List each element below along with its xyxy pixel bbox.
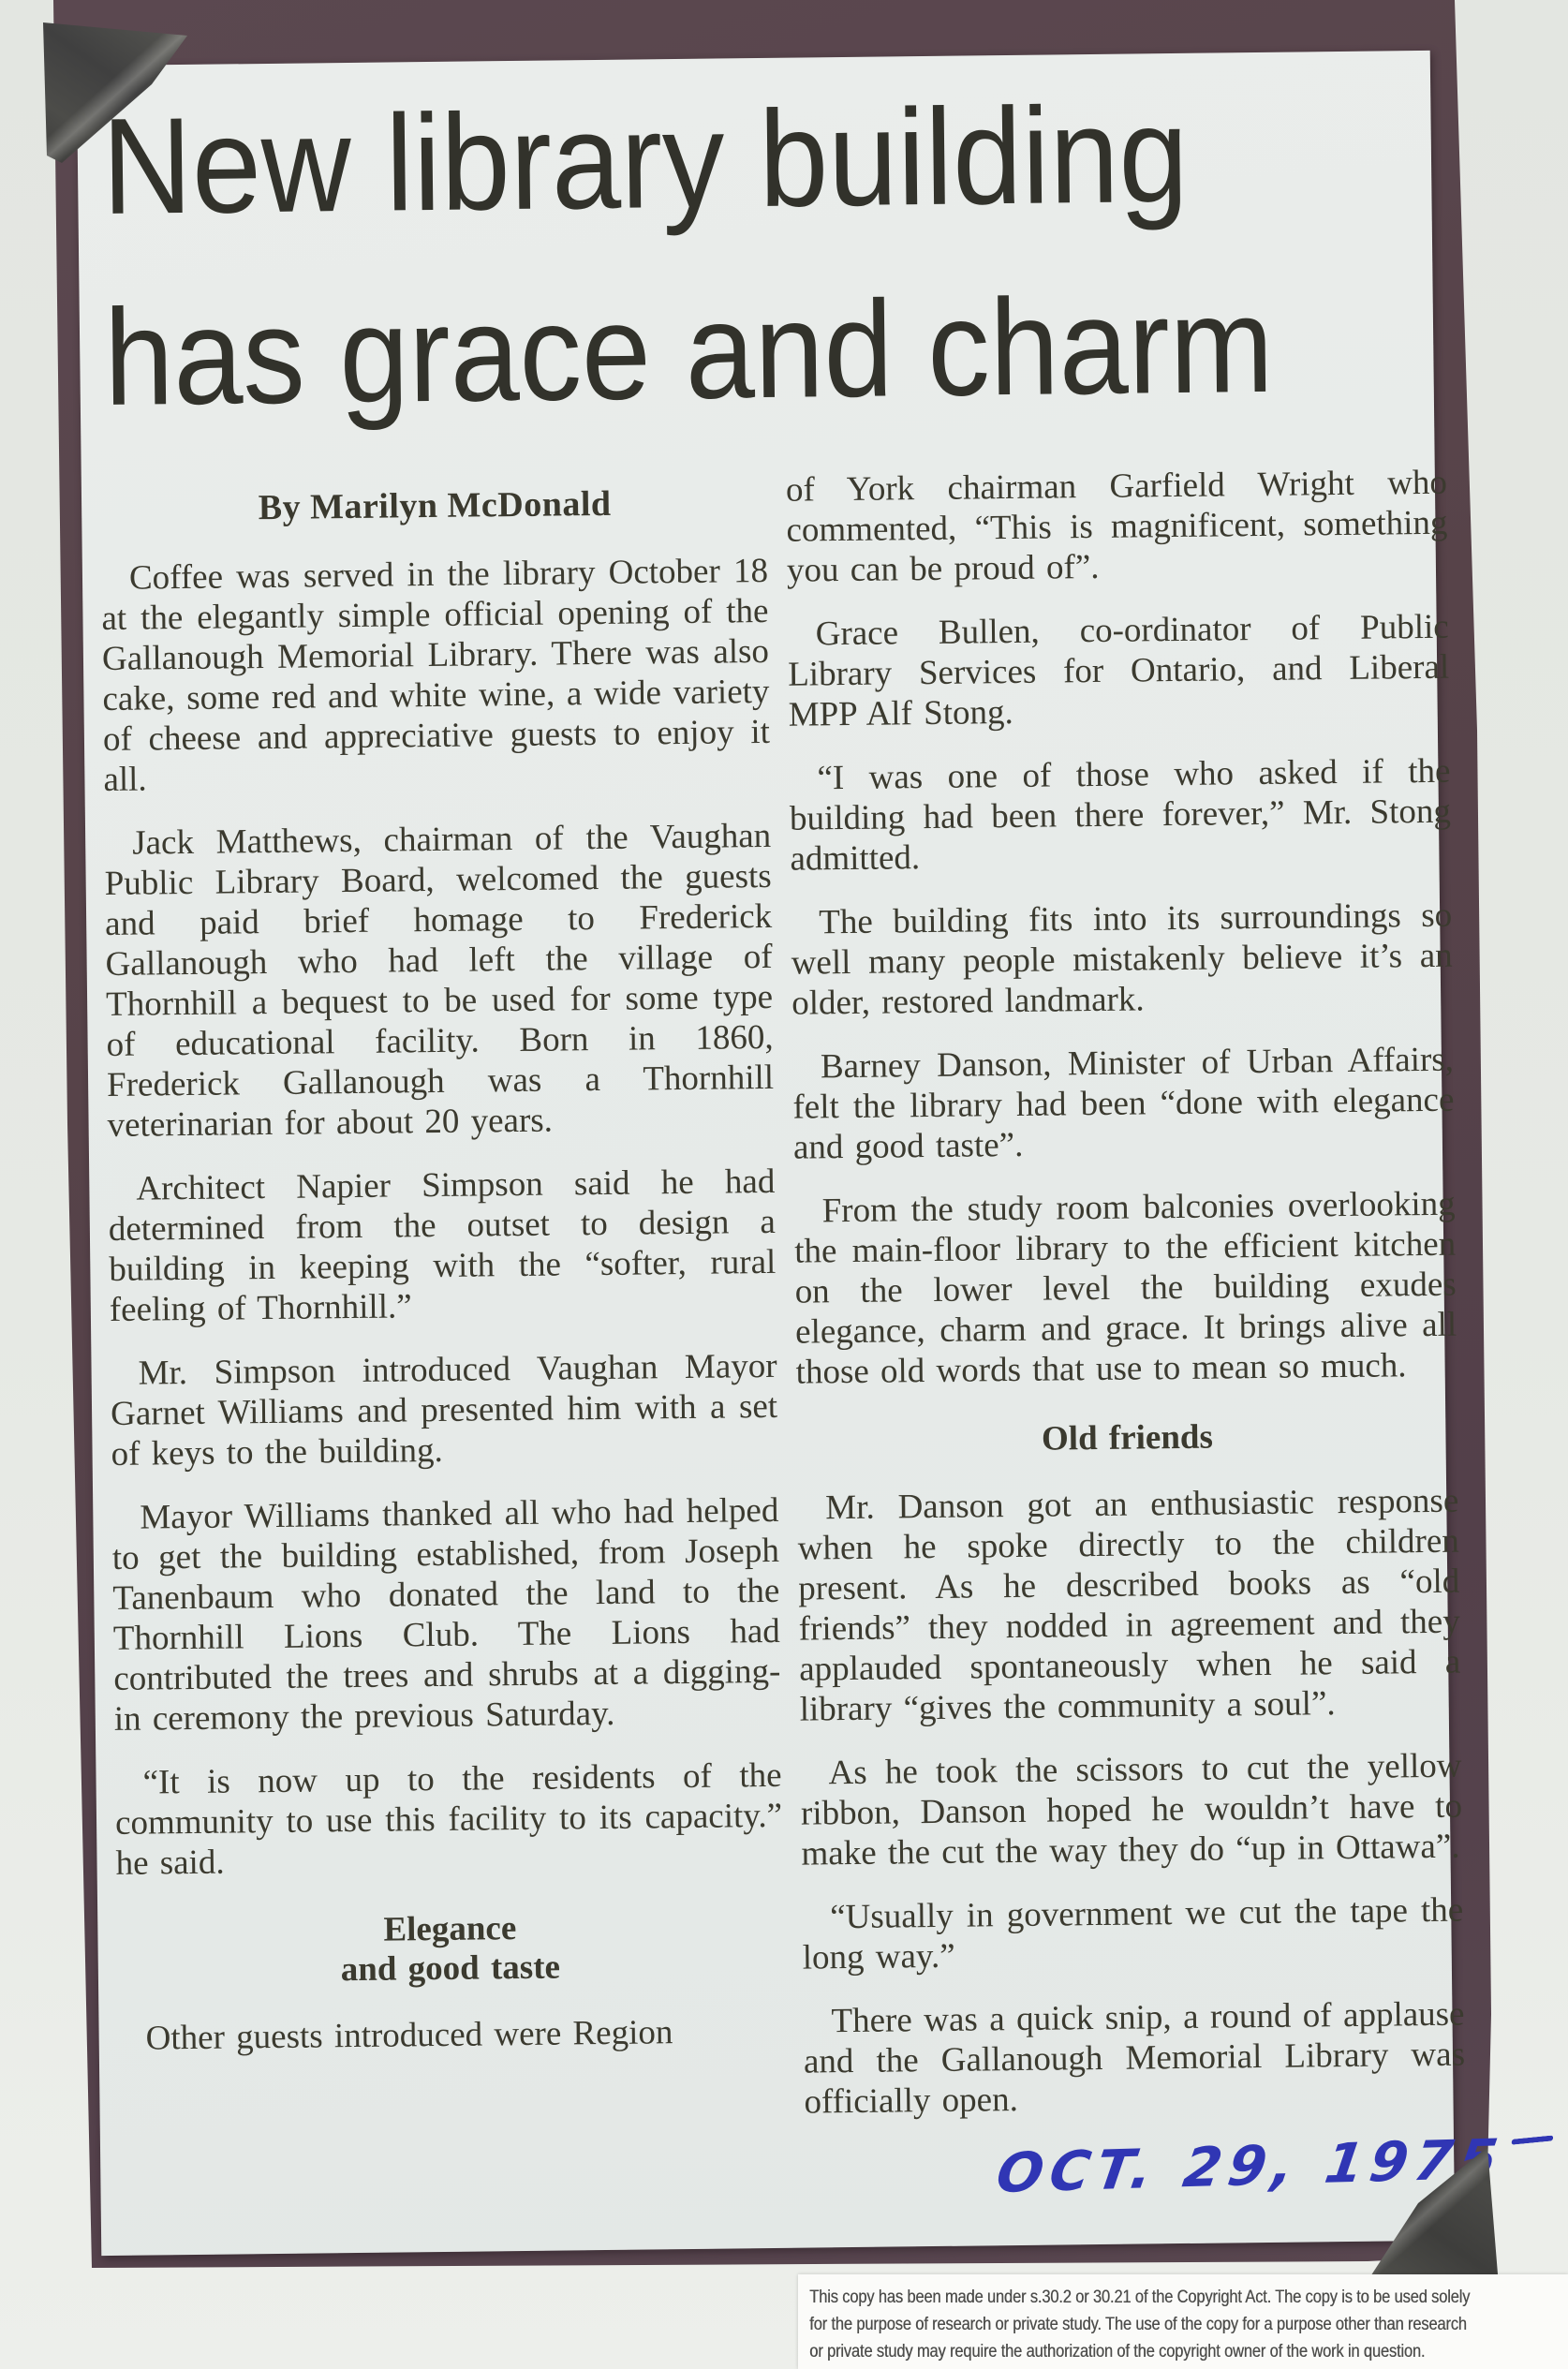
left-column: Coffee was served in the library October… <box>101 551 785 2082</box>
right-column: of York chairman Garfield Wright who com… <box>786 463 1466 2146</box>
paragraph: Jack Matthews, chairman of the Vaughan P… <box>104 816 775 1146</box>
paragraph: As he took the scissors to cut the yello… <box>800 1746 1462 1874</box>
paragraph: Other guests introduced were Region <box>117 2011 784 2059</box>
byline: By Marilyn McDonald <box>100 481 769 530</box>
article-headline: New library building has grace and charm <box>101 56 1384 452</box>
copyright-stamp: This copy has been made under s.30.2 or … <box>798 2274 1568 2369</box>
subhead-old-friends: Old friends <box>796 1415 1457 1462</box>
newspaper-clipping: New library building has grace and charm… <box>77 51 1455 2256</box>
paragraph: of York chairman Garfield Wright who com… <box>786 463 1448 591</box>
stamp-line-1: This copy has been made under s.30.2 or … <box>809 2284 1568 2311</box>
paragraph: From the study room balconies overlookin… <box>793 1184 1457 1393</box>
paragraph: Mayor Williams thanked all who had helpe… <box>111 1490 781 1740</box>
paragraph: There was a quick snip, a round of appla… <box>803 1994 1465 2123</box>
subhead-line-2: and good taste <box>117 1946 784 1992</box>
paragraph: Architect Napier Simpson said he had det… <box>108 1162 777 1330</box>
paragraph: Grace Bullen, co-ordinator of Public Lib… <box>787 607 1449 735</box>
paragraph: Mr. Danson got an enthusiastic response … <box>797 1481 1461 1730</box>
copyright-stamp-text: This copy has been made under s.30.2 or … <box>798 2274 1568 2365</box>
subhead-elegance: Elegance and good taste <box>116 1906 784 1992</box>
paragraph: “Usually in government we cut the tape t… <box>802 1890 1464 1978</box>
headline-line-1: New library building <box>101 56 1382 261</box>
paragraph: “It is now up to the residents of the co… <box>114 1755 782 1884</box>
scan-background: { "headline": { "line1": "New library bu… <box>0 0 1568 2369</box>
paragraph: Barney Danson, Minister of Urban Affairs… <box>792 1040 1455 1168</box>
paragraph: Mr. Simpson introduced Vaughan Mayor Gar… <box>110 1346 777 1474</box>
stamp-line-3: or private study may require the authori… <box>809 2338 1568 2365</box>
paragraph: “I was one of those who asked if the bui… <box>789 751 1451 880</box>
stamp-line-2: for the purpose of research or private s… <box>809 2311 1568 2338</box>
headline-line-2: has grace and charm <box>103 247 1383 452</box>
paragraph: Coffee was served in the library October… <box>101 551 771 800</box>
paragraph: The building fits into its surroundings … <box>791 896 1453 1024</box>
